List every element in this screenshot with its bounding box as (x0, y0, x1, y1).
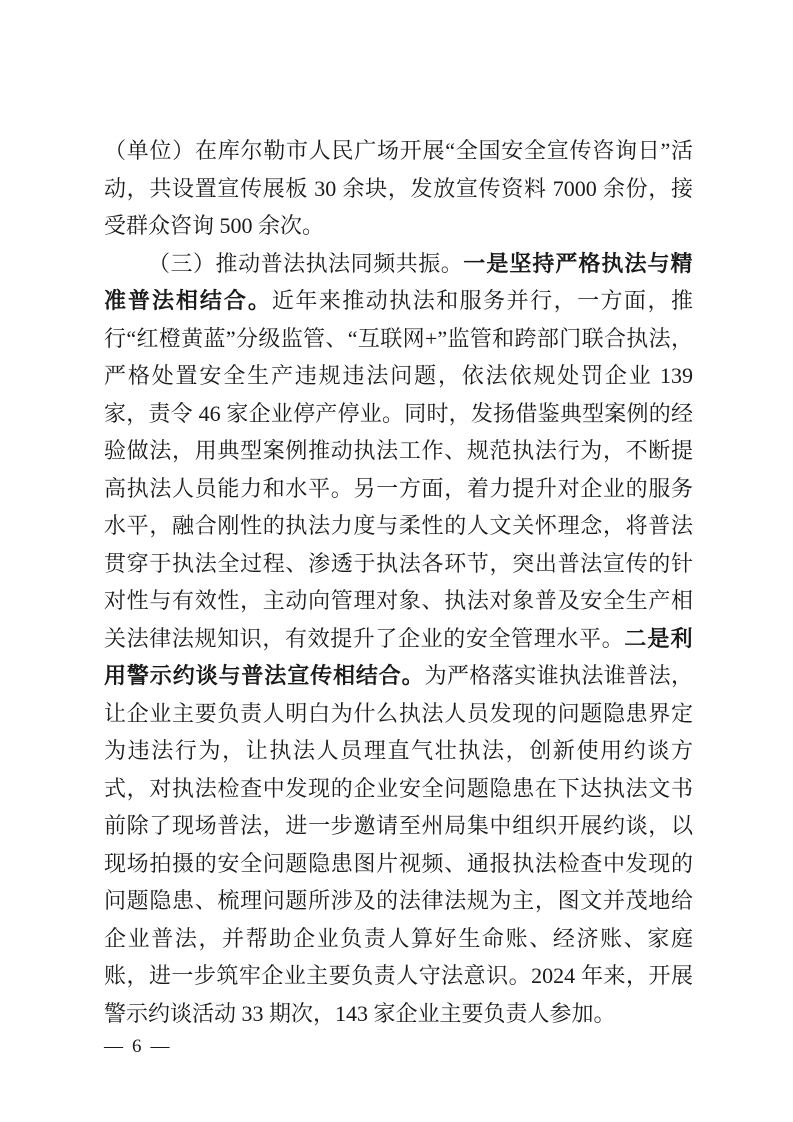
document-body: （单位）在库尔勒市人民广场开展“全国安全宣传咨询日”活动，共设置宣传展板 30 … (104, 132, 693, 1032)
paragraph-continuation-text: （单位）在库尔勒市人民广场开展“全国安全宣传咨询日”活动，共设置宣传展板 30 … (104, 138, 693, 238)
paragraph-continuation: （单位）在库尔勒市人民广场开展“全国安全宣传咨询日”活动，共设置宣传展板 30 … (104, 132, 693, 245)
section-three-heading: （三）推动普法执法同频共振。 (148, 251, 463, 276)
page-number: 6 (132, 1036, 142, 1058)
section-three-point-two-body: 为严格落实谁执法谁普法，让企业主要负责人明白为什么执法人员发现的问题隐患界定为违… (104, 663, 693, 1026)
page-footer: —6— (104, 1036, 170, 1058)
footer-left-dash: — (104, 1036, 123, 1057)
document-page: （单位）在库尔勒市人民广场开展“全国安全宣传咨询日”活动，共设置宣传展板 30 … (0, 0, 793, 1122)
section-three-point-one-body: 近年来推动执法和服务并行，一方面，推行“红橙黄蓝”分级监管、“互联网+”监管和跨… (104, 288, 693, 651)
footer-right-dash: — (151, 1036, 170, 1057)
paragraph-section-three: （三）推动普法执法同频共振。一是坚持严格执法与精准普法相结合。近年来推动执法和服… (104, 245, 693, 1033)
